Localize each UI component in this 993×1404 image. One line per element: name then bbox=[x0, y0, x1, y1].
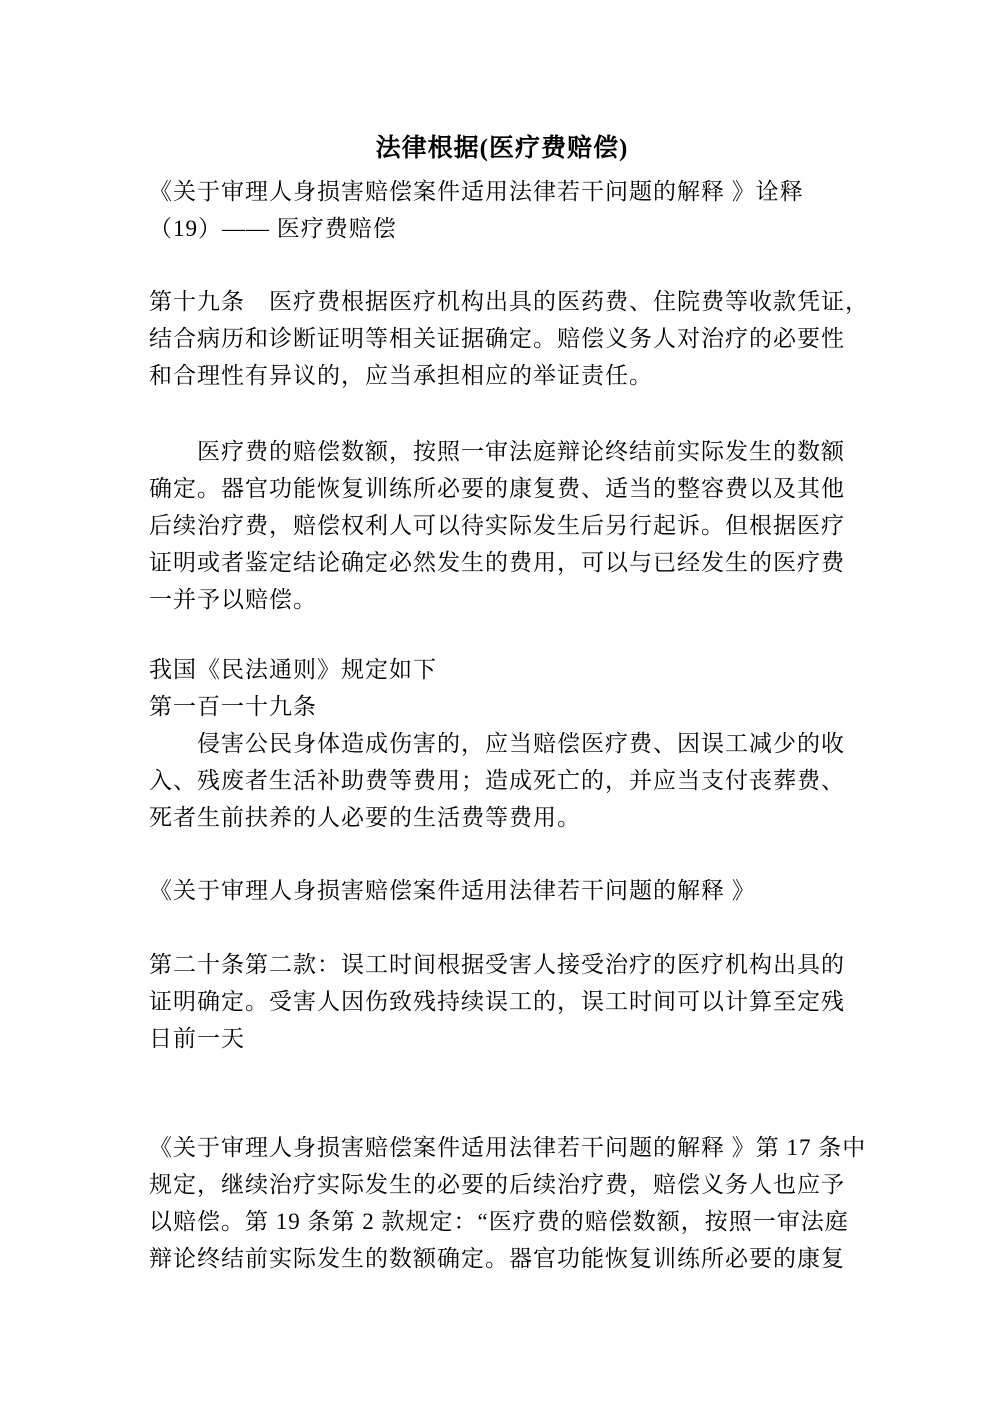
text-line: 第一百一十九条 bbox=[149, 688, 855, 725]
text-line: 《关于审理人身损害赔偿案件适用法律若干问题的解释 》诠释 bbox=[149, 173, 855, 210]
text-line: 辩论终结前实际发生的数额确定。器官功能恢复训练所必要的康复 bbox=[149, 1240, 855, 1277]
text-line: 医疗费的赔偿数额，按照一审法庭辩论终结前实际发生的数额 bbox=[149, 433, 855, 470]
paragraph-compensation-amount: 医疗费的赔偿数额，按照一审法庭辩论终结前实际发生的数额 确定。器官功能恢复训练所… bbox=[149, 433, 855, 618]
text-line: 证明或者鉴定结论确定必然发生的费用，可以与已经发生的医疗费 bbox=[149, 544, 855, 581]
document-page: 法律根据(医疗费赔偿) 《关于审理人身损害赔偿案件适用法律若干问题的解释 》诠释… bbox=[0, 0, 993, 1404]
text-line: 证明确定。受害人因伤致残持续误工的，误工时间可以计算至定残 bbox=[149, 983, 855, 1020]
text-line: 我国《民法通则》规定如下 bbox=[149, 651, 855, 688]
document-title: 法律根据(医疗费赔偿) bbox=[149, 130, 855, 167]
text-line: 以赔偿。第 19 条第 2 款规定：“医疗费的赔偿数额，按照一审法庭 bbox=[149, 1203, 855, 1240]
text-line: 第十九条 医疗费根据医疗机构出具的医药费、住院费等收款凭证， bbox=[149, 283, 855, 320]
paragraph-article-17-19-quote: 《关于审理人身损害赔偿案件适用法律若干问题的解释 》第 17 条中 规定，继续治… bbox=[149, 1129, 855, 1277]
text-line: 第二十条第二款：误工时间根据受害人接受治疗的医疗机构出具的 bbox=[149, 946, 855, 983]
text-line: 规定，继续治疗实际发生的必要的后续治疗费，赔偿义务人也应予 bbox=[149, 1166, 855, 1203]
text-line: 死者生前扶养的人必要的生活费等费用。 bbox=[149, 799, 855, 836]
text-line: 结合病历和诊断证明等相关证据确定。赔偿义务人对治疗的必要性 bbox=[149, 320, 855, 357]
text-line: 后续治疗费，赔偿权利人可以待实际发生后另行起诉。但根据医疗 bbox=[149, 507, 855, 544]
paragraph-general-principles-intro: 我国《民法通则》规定如下 bbox=[149, 651, 855, 688]
paragraph-article-20: 第二十条第二款：误工时间根据受害人接受治疗的医疗机构出具的 证明确定。受害人因伤… bbox=[149, 946, 855, 1057]
text-line: 侵害公民身体造成伤害的，应当赔偿医疗费、因误工减少的收 bbox=[149, 725, 855, 762]
text-line: 和合理性有异议的，应当承担相应的举证责任。 bbox=[149, 357, 855, 394]
text-line: 《关于审理人身损害赔偿案件适用法律若干问题的解释 》 bbox=[149, 872, 855, 909]
text-line: 确定。器官功能恢复训练所必要的康复费、适当的整容费以及其他 bbox=[149, 470, 855, 507]
paragraph-interpretation-title: 《关于审理人身损害赔偿案件适用法律若干问题的解释 》 bbox=[149, 872, 855, 909]
paragraph-article-19: 第十九条 医疗费根据医疗机构出具的医药费、住院费等收款凭证， 结合病历和诊断证明… bbox=[149, 283, 855, 394]
paragraph-article-119-body: 侵害公民身体造成伤害的，应当赔偿医疗费、因误工减少的收 入、残废者生活补助费等费… bbox=[149, 725, 855, 836]
text-line: 日前一天 bbox=[149, 1020, 855, 1057]
text-line: 《关于审理人身损害赔偿案件适用法律若干问题的解释 》第 17 条中 bbox=[149, 1129, 855, 1166]
paragraph-article-119-heading: 第一百一十九条 bbox=[149, 688, 855, 725]
paragraph-subtitle: 《关于审理人身损害赔偿案件适用法律若干问题的解释 》诠释 （19）—— 医疗费赔… bbox=[149, 173, 855, 247]
text-line: （19）—— 医疗费赔偿 bbox=[149, 210, 855, 247]
text-line: 入、残废者生活补助费等费用；造成死亡的，并应当支付丧葬费、 bbox=[149, 762, 855, 799]
text-line: 一并予以赔偿。 bbox=[149, 581, 855, 618]
